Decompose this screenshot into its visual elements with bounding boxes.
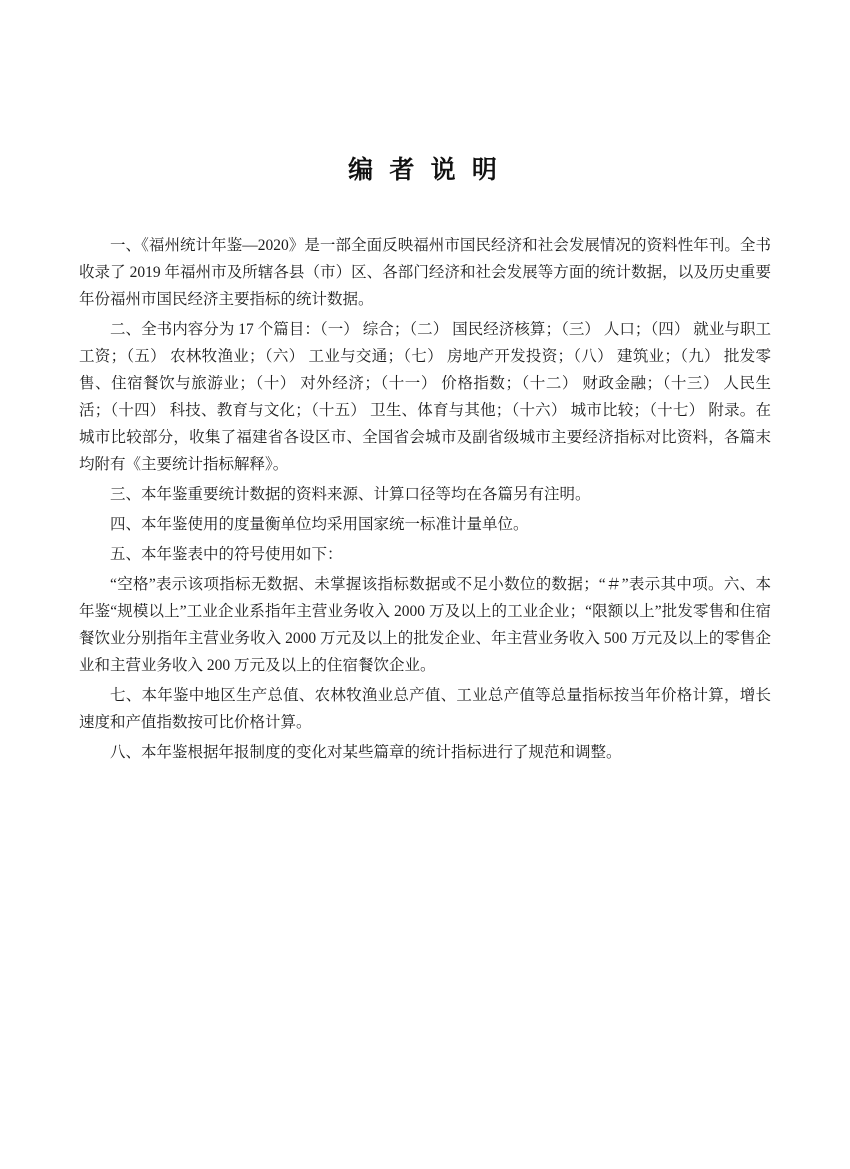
paragraph-6: “空格”表示该项指标无数据、未掌握该指标数据或不足小数位的数据；“＃”表示其中项… bbox=[79, 571, 771, 679]
document-body: 一、《福州统计年鉴—2020》是一部全面反映福州市国民经济和社会发展情况的资料性… bbox=[79, 232, 771, 766]
page-title: 编 者 说 明 bbox=[0, 0, 850, 186]
document-page: 编 者 说 明 一、《福州统计年鉴—2020》是一部全面反映福州市国民经济和社会… bbox=[0, 0, 850, 1169]
paragraph-2: 二、全书内容分为 17 个篇目：（一） 综合；（二） 国民经济核算；（三） 人口… bbox=[79, 316, 771, 478]
paragraph-3: 三、本年鉴重要统计数据的资料来源、计算口径等均在各篇另有注明。 bbox=[79, 481, 771, 508]
paragraph-1: 一、《福州统计年鉴—2020》是一部全面反映福州市国民经济和社会发展情况的资料性… bbox=[79, 232, 771, 313]
paragraph-4: 四、本年鉴使用的度量衡单位均采用国家统一标准计量单位。 bbox=[79, 511, 771, 538]
paragraph-5: 五、本年鉴表中的符号使用如下： bbox=[79, 541, 771, 568]
paragraph-7: 七、本年鉴中地区生产总值、农林牧渔业总产值、工业总产值等总量指标按当年价格计算，… bbox=[79, 682, 771, 736]
paragraph-8: 八、本年鉴根据年报制度的变化对某些篇章的统计指标进行了规范和调整。 bbox=[79, 739, 771, 766]
